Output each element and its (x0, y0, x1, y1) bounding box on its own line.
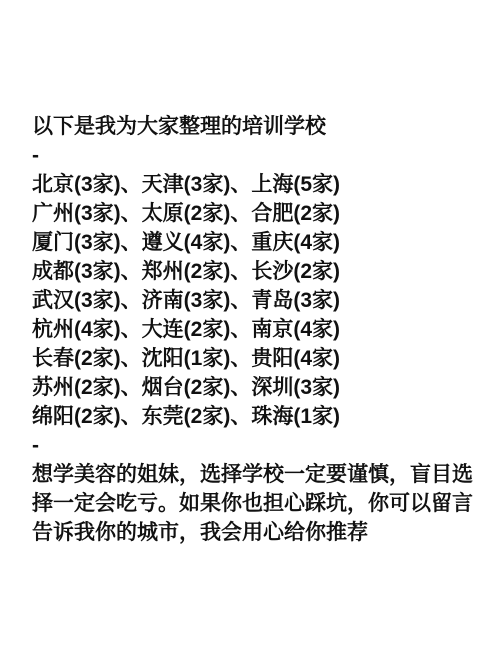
post-title: 以下是我为大家整理的培训学校 (32, 112, 482, 141)
city-line-3: 厦门(3家)、遵义(4家)、重庆(4家) (32, 228, 482, 257)
post-text-block: 以下是我为大家整理的培训学校 - 北京(3家)、天津(3家)、上海(5家) 广州… (32, 112, 482, 547)
city-line-2: 广州(3家)、太原(2家)、合肥(2家) (32, 199, 482, 228)
city-line-4: 成都(3家)、郑州(2家)、长沙(2家) (32, 257, 482, 286)
city-line-5: 武汉(3家)、济南(3家)、青岛(3家) (32, 286, 482, 315)
city-line-8: 苏州(2家)、烟台(2家)、深圳(3家) (32, 373, 482, 402)
city-line-9: 绵阳(2家)、东莞(2家)、珠海(1家) (32, 402, 482, 431)
post-image: 以下是我为大家整理的培训学校 - 北京(3家)、天津(3家)、上海(5家) 广州… (0, 0, 500, 654)
divider-dash-top: - (32, 141, 482, 170)
note-line-3: 告诉我你的城市，我会用心给你推荐 (32, 518, 482, 547)
city-line-6: 杭州(4家)、大连(2家)、南京(4家) (32, 315, 482, 344)
city-line-7: 长春(2家)、沈阳(1家)、贵阳(4家) (32, 344, 482, 373)
city-line-1: 北京(3家)、天津(3家)、上海(5家) (32, 170, 482, 199)
divider-dash-bottom: - (32, 431, 482, 460)
note-line-1: 想学美容的姐妹，选择学校一定要谨慎，盲目选 (32, 460, 482, 489)
note-line-2: 择一定会吃亏。如果你也担心踩坑，你可以留言 (32, 489, 482, 518)
